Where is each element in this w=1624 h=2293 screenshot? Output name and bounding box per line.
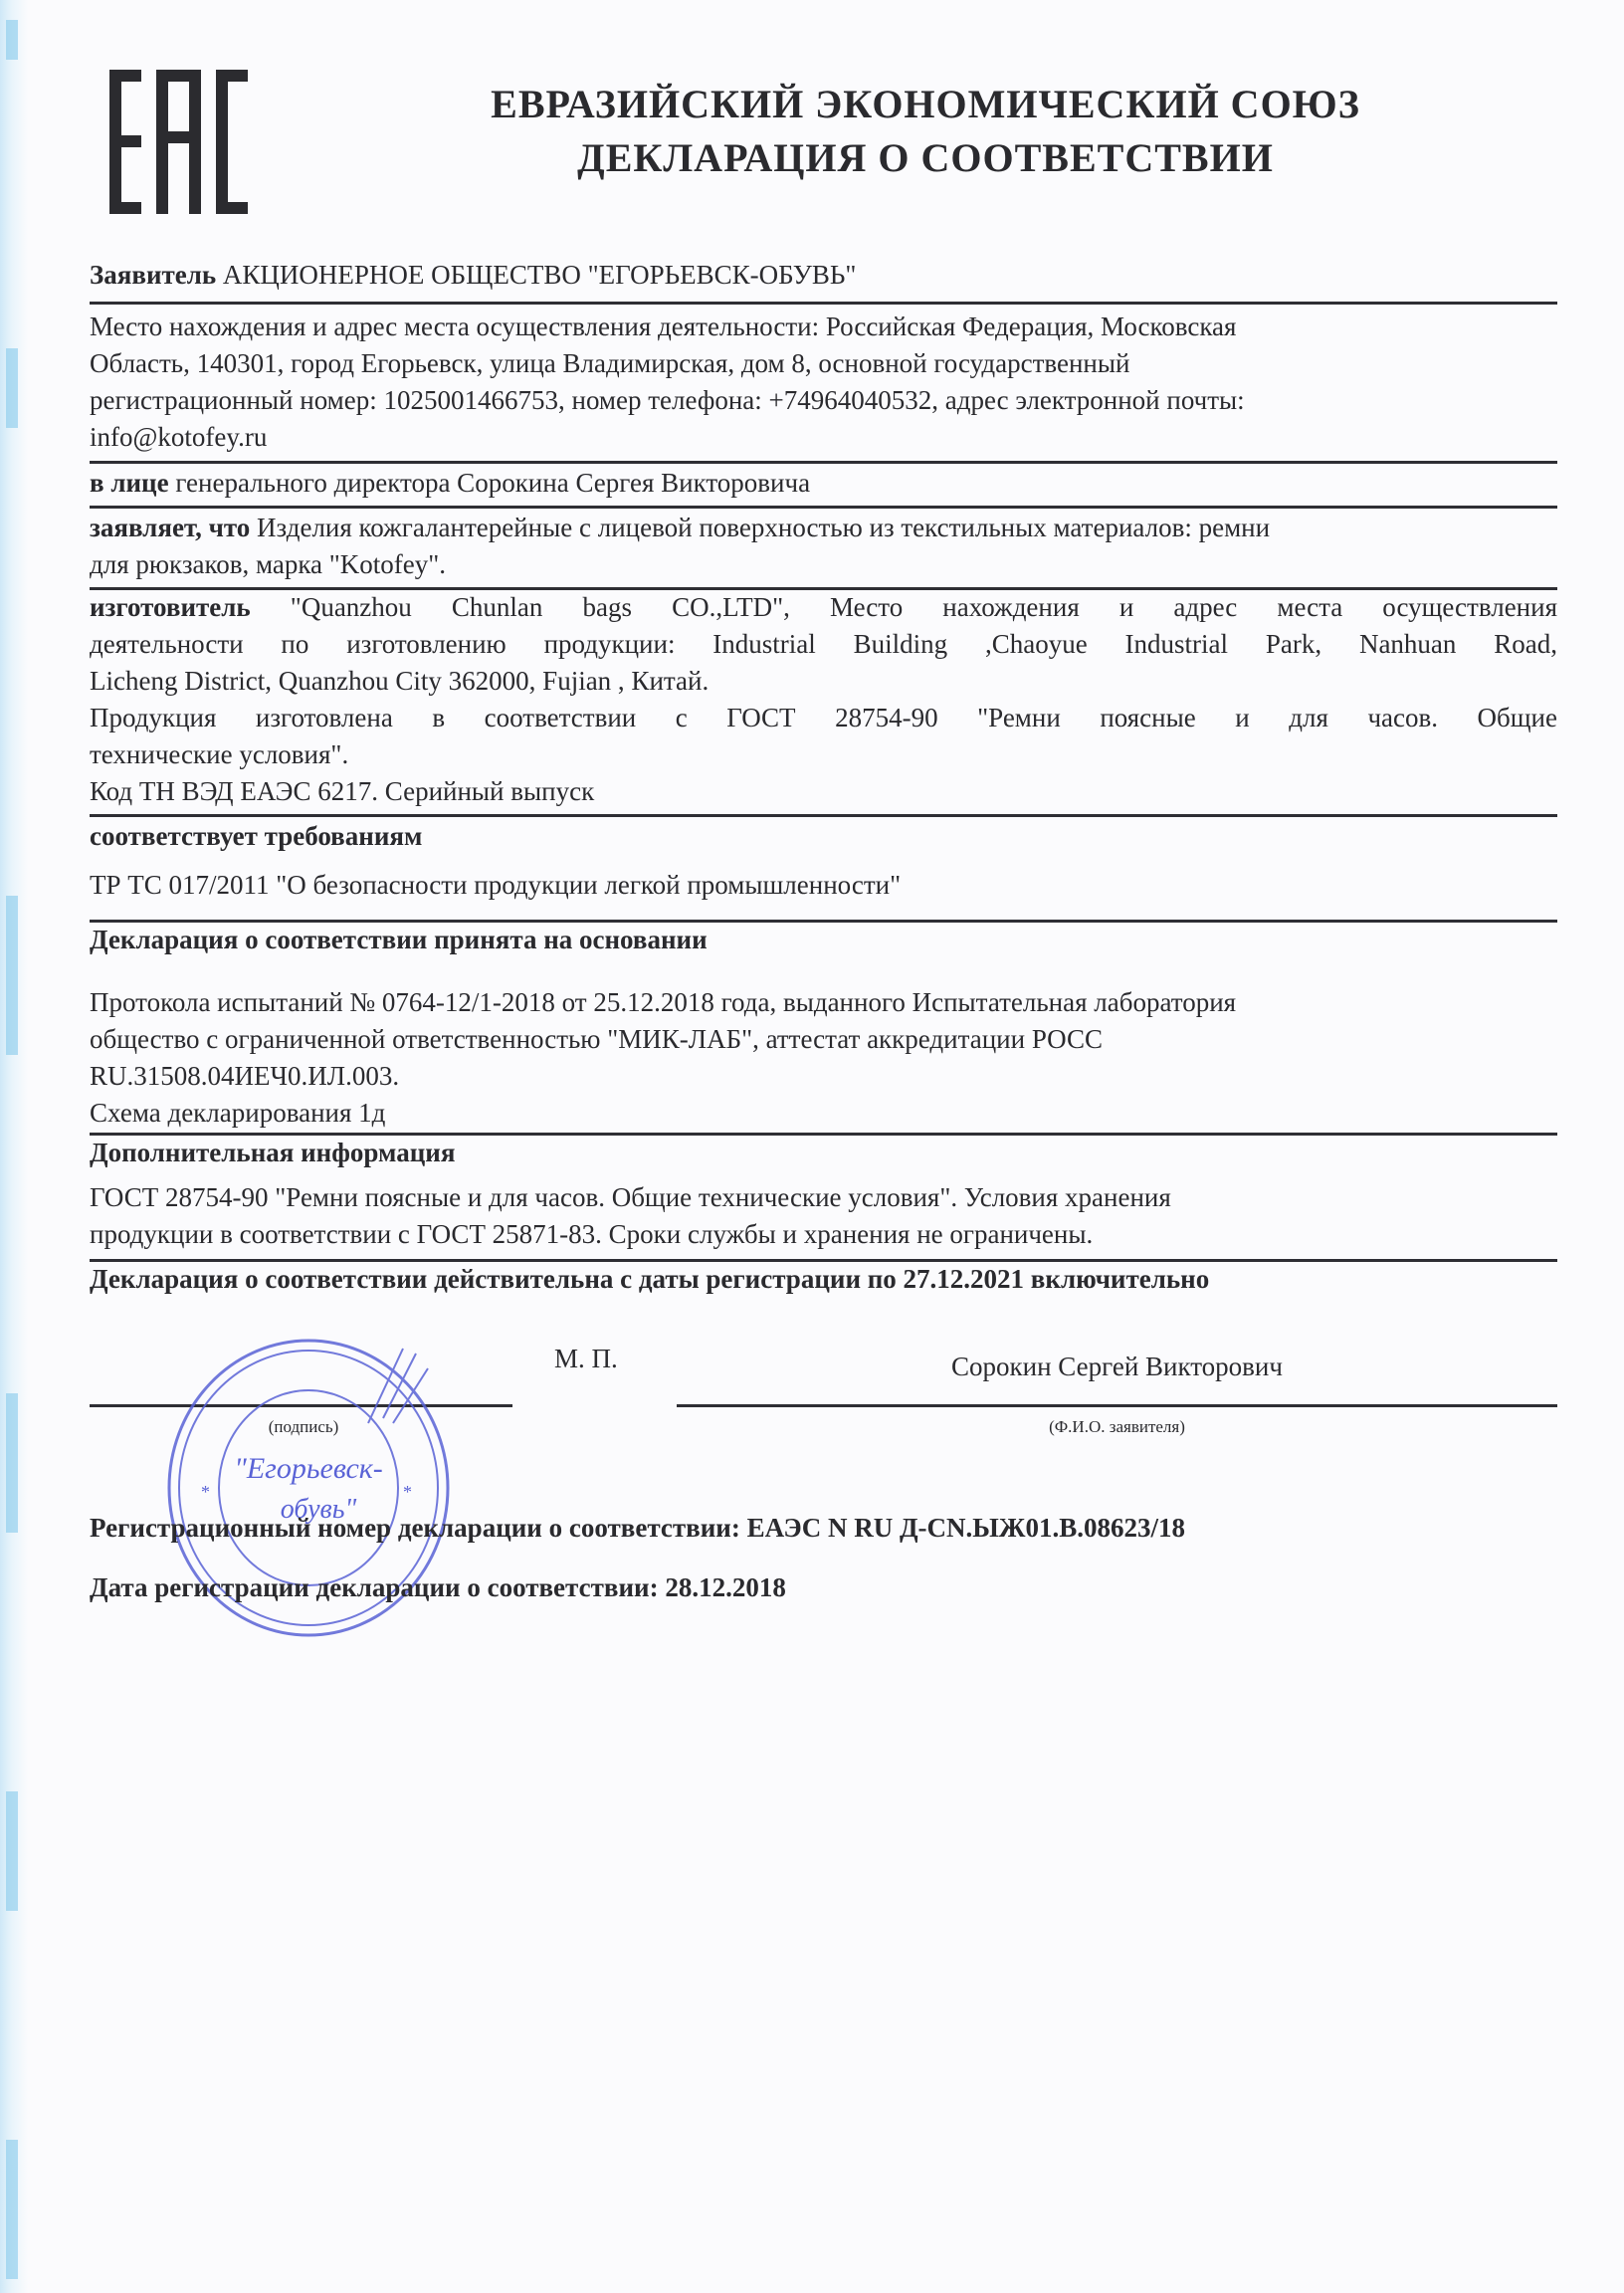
additional-label: Дополнительная информация (90, 1135, 1557, 1171)
manufacturer-line: деятельности по изготовлению продукции: … (90, 626, 1557, 663)
basis-label: Декларация о соответствии принята на осн… (90, 922, 1557, 958)
divider (90, 461, 1557, 464)
registration-date-row: Дата регистрации декларации о соответств… (90, 1569, 1557, 1606)
represented-by-label: в лице (90, 468, 169, 498)
page-title: ЕВРАЗИЙСКИЙ ЭКОНОМИЧЕСКИЙ СОЮЗ ДЕКЛАРАЦИ… (378, 78, 1473, 185)
additional-line: продукции в соответствии с ГОСТ 25871-83… (90, 1216, 1557, 1253)
manufacturer-line: "Quanzhou Chunlan bags CO.,LTD", Место н… (291, 592, 1557, 622)
registration-date-label: Дата регистрации декларации о соответств… (90, 1572, 659, 1602)
additional-block: Дополнительная информация ГОСТ 28754-90 … (90, 1135, 1557, 1253)
title-line-2: ДЕКЛАРАЦИЯ О СООТВЕТСТВИИ (378, 131, 1473, 185)
manufacturer-label: изготовитель (90, 592, 251, 622)
declares-block: заявляет, что Изделия кожгалантерейные с… (90, 510, 1557, 583)
tn-ved-code: Код ТН ВЭД ЕАЭС 6217. Серийный выпуск (90, 773, 1557, 810)
divider (90, 302, 1557, 305)
requirements-label: соответствует требованиям (90, 818, 1557, 855)
svg-text:*: * (403, 1482, 412, 1502)
address-line: Место нахождения и адрес места осуществл… (90, 309, 1557, 345)
email-text: info@kotofey.ru (90, 419, 1557, 456)
registration-number-row: Регистрационный номер декларации о соотв… (90, 1510, 1557, 1547)
applicant-label: Заявитель (90, 260, 216, 290)
mp-label: М. П. (554, 1341, 654, 1377)
declares-label: заявляет, что (90, 513, 250, 542)
basis-block: Декларация о соответствии принята на осн… (90, 922, 1557, 1132)
standard-line: технические условия". (90, 736, 1557, 773)
address-line: регистрационный номер: 1025001466753, но… (90, 382, 1557, 419)
basis-line: Протокола испытаний № 0764-12/1-2018 от … (90, 984, 1557, 1021)
applicant-row: Заявитель АКЦИОНЕРНОЕ ОБЩЕСТВО "ЕГОРЬЕВС… (90, 257, 1557, 294)
additional-line: ГОСТ 28754-90 "Ремни поясные и для часов… (90, 1179, 1557, 1216)
manufacturer-block: изготовитель "Quanzhou Chunlan bags CO.,… (90, 589, 1557, 810)
represented-by-row: в лице генерального директора Сорокина С… (90, 465, 1557, 502)
address-line: Область, 140301, город Егорьевск, улица … (90, 345, 1557, 382)
svg-text:*: * (201, 1482, 210, 1502)
address-block: Место нахождения и адрес места осуществл… (90, 309, 1557, 456)
requirements-block: соответствует требованиям ТР ТС 017/2011… (90, 818, 1557, 904)
name-line (677, 1404, 1557, 1407)
divider (90, 506, 1557, 509)
applicant-value: АКЦИОНЕРНОЕ ОБЩЕСТВО "ЕГОРЬЕВСК-ОБУВЬ" (223, 260, 856, 290)
represented-by-value: генерального директора Сорокина Сергея В… (175, 468, 810, 498)
manufacturer-line: Licheng District, Quanzhou City 362000, … (90, 663, 1557, 700)
basis-line: общество с ограниченной ответственностью… (90, 1021, 1557, 1058)
eac-logo-icon (109, 70, 249, 214)
declaration-scheme: Схема декларирования 1д (90, 1095, 1557, 1132)
declares-value: Изделия кожгалантерейные с лицевой повер… (257, 513, 1270, 542)
signer-name: Сорокин Сергей Викторович (677, 1349, 1557, 1385)
registration-number-label: Регистрационный номер декларации о соотв… (90, 1513, 740, 1543)
registration-date-value: 28.12.2018 (665, 1572, 786, 1602)
requirements-value: ТР ТС 017/2011 "О безопасности продукции… (90, 867, 1557, 904)
declares-value-line2: для рюкзаков, марка "Kotofey". (90, 546, 1557, 583)
validity-text: Декларация о соответствии действительна … (90, 1261, 1557, 1298)
standard-line: Продукция изготовлена в соответствии с Г… (90, 700, 1557, 736)
seal-center-line1: "Егорьевск- (234, 1452, 383, 1485)
basis-line: RU.31508.04ИЕЧ0.ИЛ.003. (90, 1058, 1557, 1095)
scan-edge (0, 0, 28, 2293)
divider (90, 814, 1557, 817)
name-caption: (Ф.И.О. заявителя) (677, 1408, 1557, 1445)
title-line-1: ЕВРАЗИЙСКИЙ ЭКОНОМИЧЕСКИЙ СОЮЗ (378, 78, 1473, 131)
registration-number-value: ЕАЭС N RU Д-CN.ЫЖ01.В.08623/18 (747, 1513, 1185, 1543)
